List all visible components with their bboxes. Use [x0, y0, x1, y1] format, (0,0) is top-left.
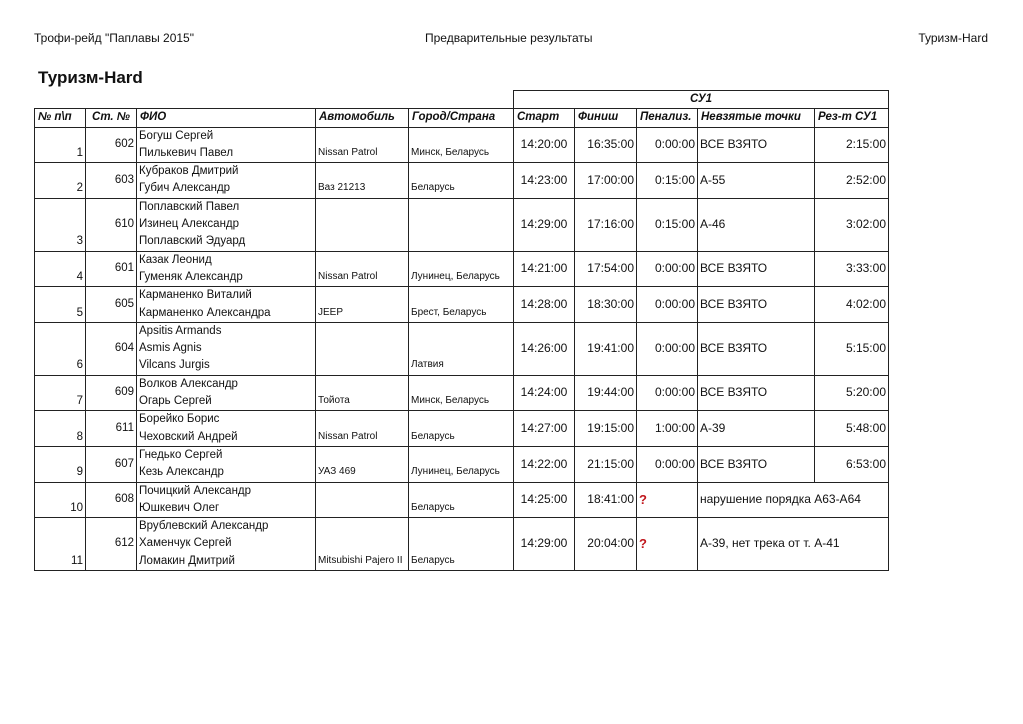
cell-start-time: 14:29:00: [514, 518, 575, 571]
cell-start-time: 14:28:00: [514, 287, 575, 323]
cell-city: Латвия: [409, 322, 514, 375]
cell-start-time: 14:29:00: [514, 198, 575, 251]
question-mark-icon: ?: [637, 518, 698, 571]
crew-member-name: Гнедько Сергей: [139, 447, 313, 464]
cell-result: 4:02:00: [815, 287, 889, 323]
group-header-su1: СУ1: [514, 91, 889, 109]
cell-finish-time: 17:54:00: [575, 251, 637, 287]
crew-member-name: Врублевский Александр: [139, 518, 313, 535]
cell-car: Nissan Patrol: [316, 127, 409, 163]
cell-missed-points: ВСЕ ВЗЯТО: [698, 251, 815, 287]
cell-position: 4: [35, 251, 86, 287]
crew-member-name: Apsitis Armands: [139, 323, 313, 340]
cell-start-number: 602: [86, 127, 137, 163]
cell-result: 5:15:00: [815, 322, 889, 375]
cell-start-number: 604: [86, 322, 137, 375]
col-header-finish: Финиш: [575, 109, 637, 127]
cell-crew: Богуш СергейПилькевич Павел: [137, 127, 316, 163]
cell-start-number: 608: [86, 482, 137, 518]
cell-penalty: 0:00:00: [637, 127, 698, 163]
cell-crew: Волков АлександрОгарь Сергей: [137, 375, 316, 411]
col-header-car: Автомобиль: [316, 109, 409, 127]
col-header-city: Город/Страна: [409, 109, 514, 127]
cell-crew: Apsitis ArmandsAsmis AgnisVilcans Jurgis: [137, 322, 316, 375]
crew-member-name: Поплавский Эдуард: [139, 233, 313, 250]
crew-member-name: Богуш Сергей: [139, 128, 313, 145]
cell-missed-points: А-39: [698, 411, 815, 447]
cell-position: 2: [35, 163, 86, 199]
cell-car: JEEP: [316, 287, 409, 323]
crew-member-name: Борейко Борис: [139, 411, 313, 428]
cell-position: 8: [35, 411, 86, 447]
cell-result: 5:20:00: [815, 375, 889, 411]
cell-position: 11: [35, 518, 86, 571]
crew-member-name: Ломакин Дмитрий: [139, 553, 313, 570]
cell-start-number: 611: [86, 411, 137, 447]
cell-result: 2:52:00: [815, 163, 889, 199]
cell-position: 1: [35, 127, 86, 163]
cell-finish-time: 19:15:00: [575, 411, 637, 447]
cell-missed-points: ВСЕ ВЗЯТО: [698, 127, 815, 163]
col-header-pos: № п\п: [35, 109, 86, 127]
col-header-start-number: Ст. №: [86, 109, 137, 127]
cell-city: Лунинец, Беларусь: [409, 251, 514, 287]
cell-start-number: 601: [86, 251, 137, 287]
cell-finish-time: 18:41:00: [575, 482, 637, 518]
cell-result: 3:02:00: [815, 198, 889, 251]
col-header-missed-points: Невзятые точки: [698, 109, 815, 127]
crew-member-name: Казак Леонид: [139, 252, 313, 269]
cell-city: Брест, Беларусь: [409, 287, 514, 323]
cell-penalty: 0:00:00: [637, 446, 698, 482]
table-row: 2603Кубраков ДмитрийГубич АлександрВаз 2…: [35, 163, 889, 199]
page-header-event: Трофи-рейд "Паплавы 2015": [34, 31, 194, 45]
cell-finish-time: 17:16:00: [575, 198, 637, 251]
cell-car: Nissan Patrol: [316, 411, 409, 447]
cell-penalty: 0:15:00: [637, 163, 698, 199]
cell-missed-points-note: А-39, нет трека от т. А-41: [698, 518, 889, 571]
results-table: СУ1 № п\п Ст. № ФИО Автомобиль Город/Стр…: [34, 90, 889, 571]
cell-car: Nissan Patrol: [316, 251, 409, 287]
cell-position: 5: [35, 287, 86, 323]
crew-member-name: Чеховский Андрей: [139, 429, 313, 446]
cell-car: [316, 482, 409, 518]
cell-crew: Карманенко ВиталийКарманенко Александра: [137, 287, 316, 323]
cell-start-time: 14:21:00: [514, 251, 575, 287]
cell-missed-points-note: нарушение порядка А63-А64: [698, 482, 889, 518]
crew-member-name: Asmis Agnis: [139, 340, 313, 357]
cell-crew: Поплавский ПавелИзинец АлександрПоплавск…: [137, 198, 316, 251]
cell-car: [316, 322, 409, 375]
table-row: 11612Врублевский АлександрХаменчук Серге…: [35, 518, 889, 571]
cell-penalty: 0:00:00: [637, 322, 698, 375]
cell-position: 7: [35, 375, 86, 411]
cell-finish-time: 20:04:00: [575, 518, 637, 571]
cell-position: 6: [35, 322, 86, 375]
table-row: 8611Борейко БорисЧеховский АндрейNissan …: [35, 411, 889, 447]
cell-finish-time: 18:30:00: [575, 287, 637, 323]
cell-finish-time: 21:15:00: [575, 446, 637, 482]
cell-city: Минск, Беларусь: [409, 375, 514, 411]
cell-finish-time: 19:41:00: [575, 322, 637, 375]
crew-member-name: Губич Александр: [139, 180, 313, 197]
cell-finish-time: 19:44:00: [575, 375, 637, 411]
cell-car: УАЗ 469: [316, 446, 409, 482]
cell-start-time: 14:27:00: [514, 411, 575, 447]
cell-penalty: 0:00:00: [637, 251, 698, 287]
cell-penalty: 1:00:00: [637, 411, 698, 447]
col-header-start: Старт: [514, 109, 575, 127]
cell-start-number: 605: [86, 287, 137, 323]
table-row: 10608Почицкий АлександрЮшкевич ОлегБелар…: [35, 482, 889, 518]
page-title: Туризм-Hard: [38, 68, 143, 88]
cell-start-time: 14:20:00: [514, 127, 575, 163]
crew-member-name: Юшкевич Олег: [139, 500, 313, 517]
cell-missed-points: А-55: [698, 163, 815, 199]
crew-member-name: Почицкий Александр: [139, 483, 313, 500]
cell-finish-time: 16:35:00: [575, 127, 637, 163]
col-header-penalty: Пенализ.: [637, 109, 698, 127]
cell-missed-points: ВСЕ ВЗЯТО: [698, 322, 815, 375]
question-mark-icon: ?: [637, 482, 698, 518]
cell-crew: Кубраков ДмитрийГубич Александр: [137, 163, 316, 199]
cell-result: 2:15:00: [815, 127, 889, 163]
cell-crew: Борейко БорисЧеховский Андрей: [137, 411, 316, 447]
cell-crew: Гнедько СергейКезь Александр: [137, 446, 316, 482]
col-header-crew: ФИО: [137, 109, 316, 127]
group-header-spacer: [35, 91, 514, 109]
crew-member-name: Кезь Александр: [139, 464, 313, 481]
table-row: 9607Гнедько СергейКезь АлександрУАЗ 469Л…: [35, 446, 889, 482]
cell-position: 9: [35, 446, 86, 482]
cell-missed-points: А-46: [698, 198, 815, 251]
crew-member-name: Карманенко Виталий: [139, 287, 313, 304]
group-header-row: СУ1: [35, 91, 889, 109]
cell-city: Минск, Беларусь: [409, 127, 514, 163]
page-header-subtitle: Предварительные результаты: [425, 31, 593, 45]
cell-crew: Казак ЛеонидГуменяк Александр: [137, 251, 316, 287]
cell-car: Ваз 21213: [316, 163, 409, 199]
cell-penalty: 0:00:00: [637, 287, 698, 323]
cell-result: 6:53:00: [815, 446, 889, 482]
table-row: 5605Карманенко ВиталийКарманенко Алексан…: [35, 287, 889, 323]
table-row: 3610Поплавский ПавелИзинец АлександрПопл…: [35, 198, 889, 251]
cell-start-time: 14:25:00: [514, 482, 575, 518]
crew-member-name: Гуменяк Александр: [139, 269, 313, 286]
crew-member-name: Хаменчук Сергей: [139, 535, 313, 552]
cell-start-time: 14:22:00: [514, 446, 575, 482]
cell-city: Беларусь: [409, 518, 514, 571]
crew-member-name: Изинец Александр: [139, 216, 313, 233]
cell-city: Беларусь: [409, 482, 514, 518]
cell-start-number: 607: [86, 446, 137, 482]
cell-missed-points: ВСЕ ВЗЯТО: [698, 287, 815, 323]
cell-position: 10: [35, 482, 86, 518]
cell-result: 3:33:00: [815, 251, 889, 287]
cell-city: [409, 198, 514, 251]
page-header-class: Туризм-Hard: [918, 31, 988, 45]
crew-member-name: Кубраков Дмитрий: [139, 163, 313, 180]
table-row: 4601Казак ЛеонидГуменяк АлександрNissan …: [35, 251, 889, 287]
cell-start-number: 609: [86, 375, 137, 411]
cell-crew: Врублевский АлександрХаменчук СергейЛома…: [137, 518, 316, 571]
cell-crew: Почицкий АлександрЮшкевич Олег: [137, 482, 316, 518]
cell-missed-points: ВСЕ ВЗЯТО: [698, 375, 815, 411]
cell-penalty: 0:00:00: [637, 375, 698, 411]
cell-start-time: 14:24:00: [514, 375, 575, 411]
cell-city: Беларусь: [409, 163, 514, 199]
cell-car: [316, 198, 409, 251]
col-header-result: Рез-т СУ1: [815, 109, 889, 127]
cell-penalty: 0:15:00: [637, 198, 698, 251]
table-row: 7609Волков АлександрОгарь СергейТойотаМи…: [35, 375, 889, 411]
crew-member-name: Карманенко Александра: [139, 305, 313, 322]
crew-member-name: Поплавский Павел: [139, 199, 313, 216]
cell-car: Mitsubishi Pajero II: [316, 518, 409, 571]
cell-city: Лунинец, Беларусь: [409, 446, 514, 482]
column-header-row: № п\п Ст. № ФИО Автомобиль Город/Страна …: [35, 109, 889, 127]
cell-start-time: 14:23:00: [514, 163, 575, 199]
crew-member-name: Огарь Сергей: [139, 393, 313, 410]
cell-finish-time: 17:00:00: [575, 163, 637, 199]
cell-result: 5:48:00: [815, 411, 889, 447]
crew-member-name: Пилькевич Павел: [139, 145, 313, 162]
table-row: 6604Apsitis ArmandsAsmis AgnisVilcans Ju…: [35, 322, 889, 375]
cell-car: Тойота: [316, 375, 409, 411]
table-row: 1602Богуш СергейПилькевич ПавелNissan Pa…: [35, 127, 889, 163]
cell-start-number: 612: [86, 518, 137, 571]
crew-member-name: Волков Александр: [139, 376, 313, 393]
cell-start-number: 603: [86, 163, 137, 199]
cell-position: 3: [35, 198, 86, 251]
cell-missed-points: ВСЕ ВЗЯТО: [698, 446, 815, 482]
crew-member-name: Vilcans Jurgis: [139, 357, 313, 374]
cell-start-number: 610: [86, 198, 137, 251]
cell-city: Беларусь: [409, 411, 514, 447]
cell-start-time: 14:26:00: [514, 322, 575, 375]
